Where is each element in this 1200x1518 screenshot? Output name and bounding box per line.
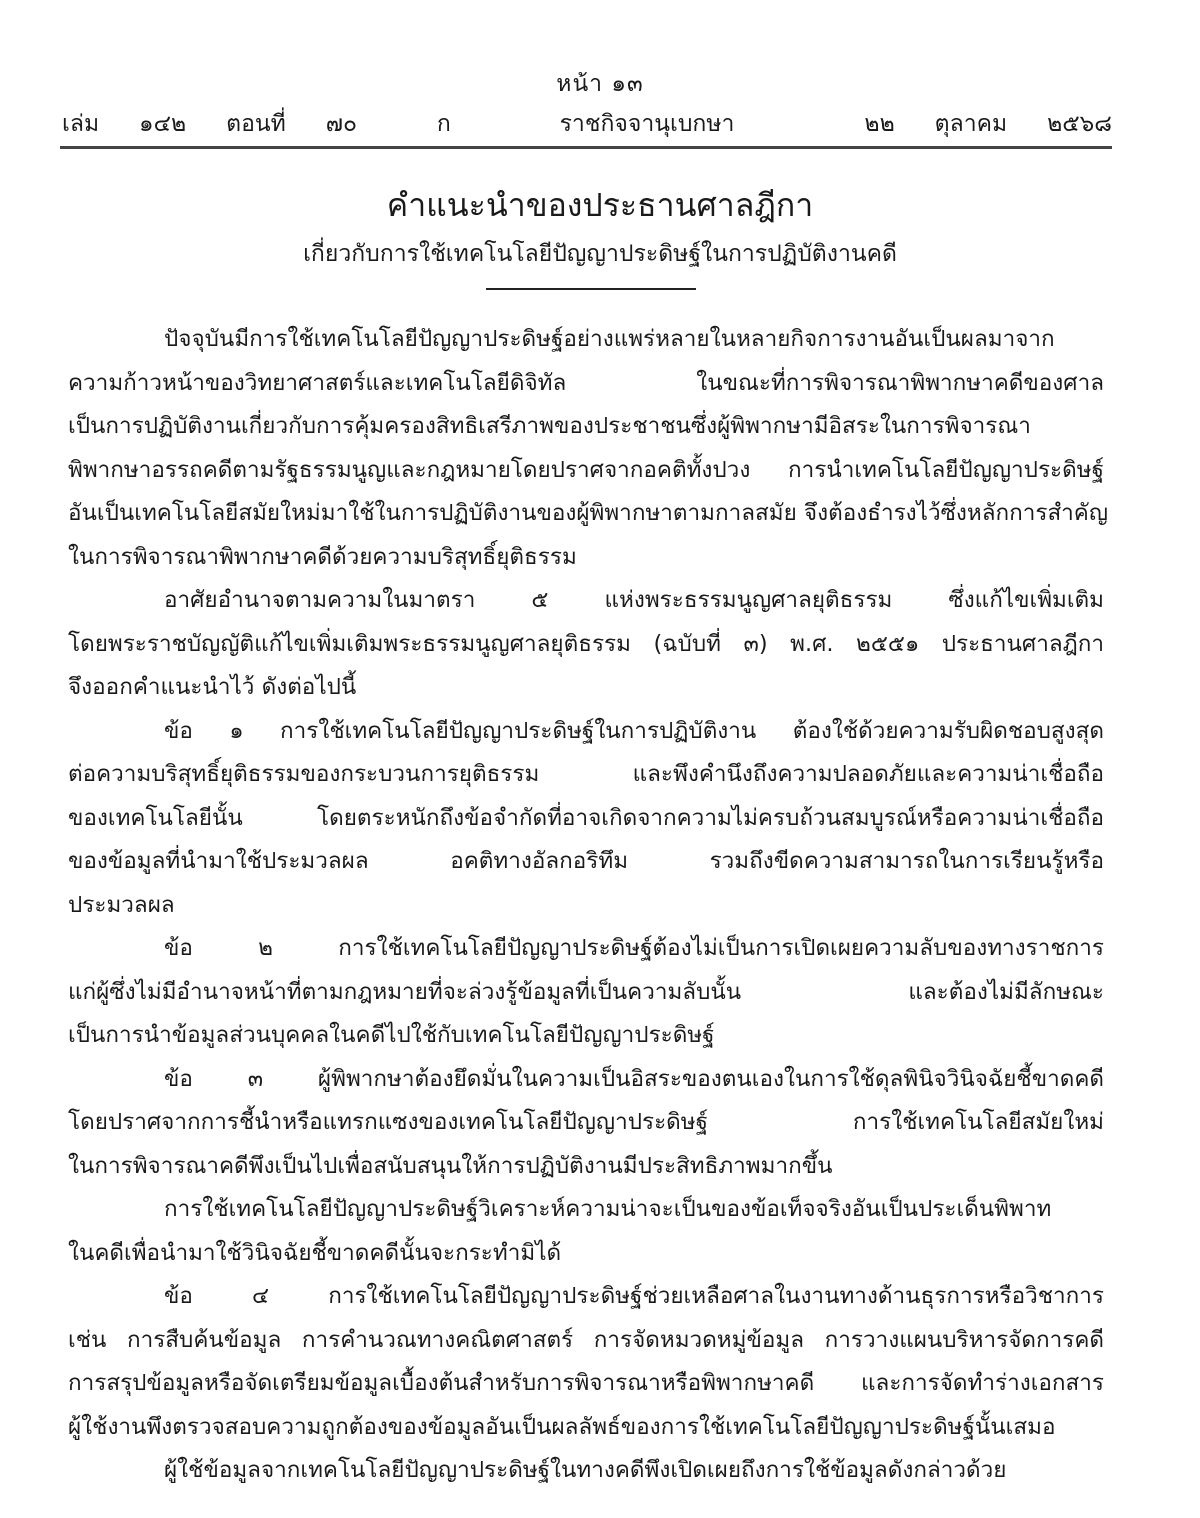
clause-1-line: ของเทคโนโลยีนั้น โดยตระหนักถึงข้อจำกัดที…: [68, 797, 1104, 841]
clause-1-line: ต่อความบริสุทธิ์ยุติธรรมของกระบวนการยุติ…: [68, 753, 1104, 797]
body-line: ในการพิจารณาพิพากษาคดีด้วยความบริสุทธิ์ย…: [68, 536, 1104, 580]
clause-1-line: ของข้อมูลที่นำมาใช้ประมวลผล อคติทางอัลกอ…: [68, 840, 1104, 884]
clause-3-line: โดยปราศจากการชี้นำหรือแทรกแซงของเทคโนโลย…: [68, 1101, 1104, 1145]
clause-1-line: ประมวลผล: [68, 884, 1104, 928]
clause-4-line: ผู้ใช้ข้อมูลจากเทคโนโลยีปัญญาประดิษฐ์ในท…: [68, 1449, 1104, 1493]
body-line: อันเป็นเทคโนโลยีสมัยใหม่มาใช้ในการปฏิบัต…: [68, 492, 1104, 536]
running-header: เล่ม ๑๔๒ ตอนที่ ๗๐ ก ราชกิจจานุเบกษา ๒๒ …: [62, 106, 1112, 142]
clause-2-line: ข้อ ๒ การใช้เทคโนโลยีปัญญาประดิษฐ์ต้องไม…: [68, 927, 1104, 971]
body-line: โดยพระราชบัญญัติแก้ไขเพิ่มเติมพระธรรมนูญ…: [68, 623, 1104, 667]
document-subtitle: เกี่ยวกับการใช้เทคโนโลยีปัญญาประดิษฐ์ในก…: [0, 236, 1200, 272]
page-number: หน้า ๑๓: [0, 66, 1200, 102]
clause-4-line: ผู้ใช้งานพึงตรวจสอบความถูกต้องของข้อมูลอ…: [68, 1406, 1104, 1450]
publication-date: ๒๒ ตุลาคม ๒๕๖๘: [864, 106, 1112, 142]
clause-4-line: ข้อ ๔ การใช้เทคโนโลยีปัญญาประดิษฐ์ช่วยเห…: [68, 1275, 1104, 1319]
clause-2-line: แก่ผู้ซึ่งไม่มีอำนาจหน้าที่ตามกฎหมายที่จ…: [68, 971, 1104, 1015]
gazette-page: หน้า ๑๓ เล่ม ๑๔๒ ตอนที่ ๗๐ ก ราชกิจจานุเ…: [0, 0, 1200, 1518]
clause-4-line: เช่น การสืบค้นข้อมูล การคำนวณทางคณิตศาสต…: [68, 1319, 1104, 1363]
header-rule-divider: [60, 146, 1112, 149]
body-line: จึงออกคำแนะนำไว้ ดังต่อไปนี้: [68, 666, 1104, 710]
clause-3-line: การใช้เทคโนโลยีปัญญาประดิษฐ์วิเคราะห์ควา…: [68, 1188, 1104, 1232]
document-title: คำแนะนำของประธานศาลฎีกา: [0, 180, 1200, 231]
clause-3-line: ข้อ ๓ ผู้พิพากษาต้องยึดมั่นในความเป็นอิส…: [68, 1058, 1104, 1102]
body-line: อาศัยอำนาจตามความในมาตรา ๕ แห่งพระธรรมนู…: [68, 579, 1104, 623]
clause-4-line: การสรุปข้อมูลหรือจัดเตรียมข้อมูลเบื้องต้…: [68, 1362, 1104, 1406]
body-line: พิพากษาอรรถคดีตามรัฐธรรมนูญและกฎหมายโดยป…: [68, 449, 1104, 493]
clause-2-line: เป็นการนำข้อมูลส่วนบุคคลในคดีไปใช้กับเทค…: [68, 1014, 1104, 1058]
body-line: ปัจจุบันมีการใช้เทคโนโลยีปัญญาประดิษฐ์อย…: [68, 318, 1104, 362]
body-line: ความก้าวหน้าของวิทยาศาสตร์และเทคโนโลยีดิ…: [68, 362, 1104, 406]
body-line: เป็นการปฏิบัติงานเกี่ยวกับการคุ้มครองสิท…: [68, 405, 1104, 449]
clause-3-line: ในการพิจารณาคดีพึงเป็นไปเพื่อสนับสนุนให้…: [68, 1145, 1104, 1189]
document-body: ปัจจุบันมีการใช้เทคโนโลยีปัญญาประดิษฐ์อย…: [68, 318, 1104, 1493]
clause-3-line: ในคดีเพื่อนำมาใช้วินิจฉัยชี้ขาดคดีนั้นจะ…: [68, 1232, 1104, 1276]
title-rule-divider: [486, 288, 696, 290]
clause-1-line: ข้อ ๑ การใช้เทคโนโลยีปัญญาประดิษฐ์ในการป…: [68, 710, 1104, 754]
